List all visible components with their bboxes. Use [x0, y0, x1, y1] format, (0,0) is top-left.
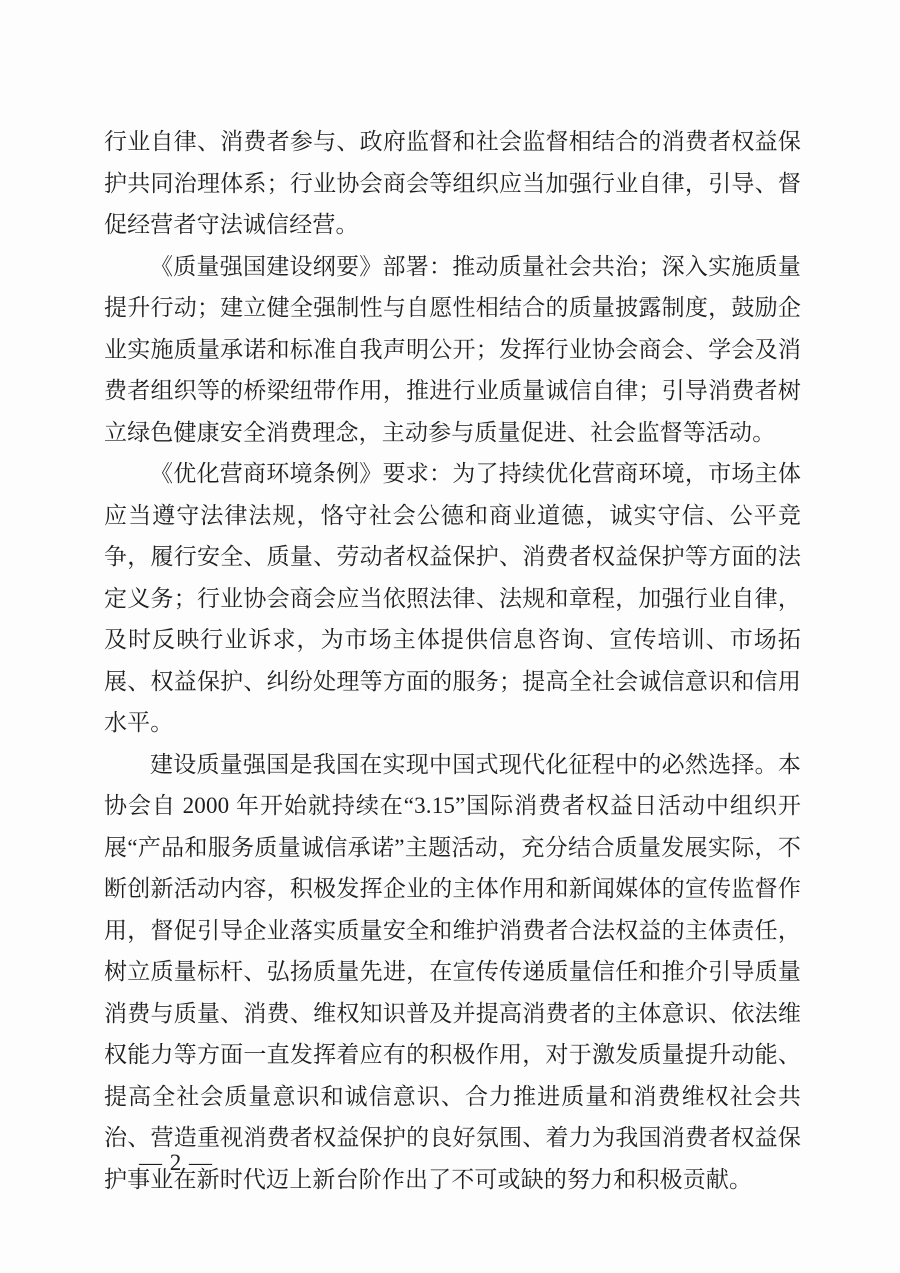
paragraph-quality-outline: 《质量强国建设纲要》部署：推动质量社会共治；深入实施质量提升行动；建立健全强制性…	[104, 246, 801, 454]
paragraph-continuation: 行业自律、消费者参与、政府监督和社会监督相结合的消费者权益保护共同治理体系；行业…	[104, 121, 801, 246]
paragraph-association-activities: 建设质量强国是我国在实现中国式现代化征程中的必然选择。本协会自 2000 年开始…	[104, 744, 801, 1201]
document-page: 行业自律、消费者参与、政府监督和社会监督相结合的消费者权益保护共同治理体系；行业…	[0, 0, 900, 1273]
document-body: 行业自律、消费者参与、政府监督和社会监督相结合的消费者权益保护共同治理体系；行业…	[104, 121, 801, 1200]
page-number: — 2 —	[139, 1150, 213, 1176]
paragraph-business-environment: 《优化营商环境条例》要求：为了持续优化营商环境，市场主体应当遵守法律法规，恪守社…	[104, 453, 801, 744]
